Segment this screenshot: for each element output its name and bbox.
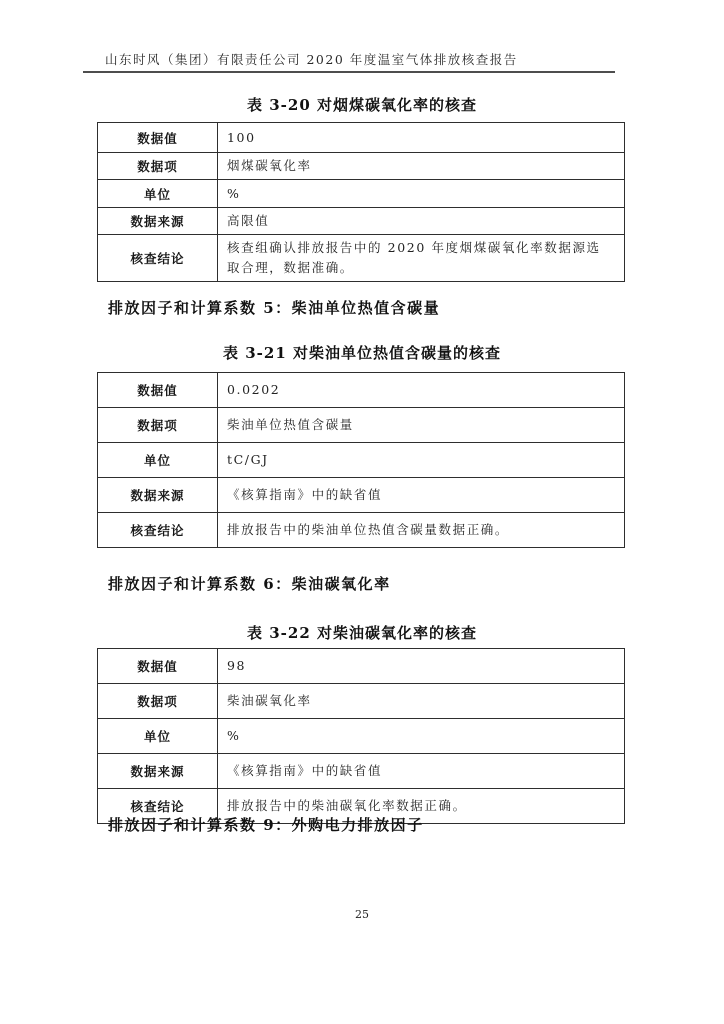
section-heading-factor-6: 排放因子和计算系数 6：柴油碳氧化率 — [108, 573, 391, 594]
table-row: 单位 % — [98, 180, 625, 208]
table-row: 数据值 98 — [98, 649, 625, 684]
table-row: 数据来源 高限值 — [98, 208, 625, 235]
row-label: 核查结论 — [98, 513, 218, 548]
document-header-title: 山东时风（集团）有限责任公司 2020 年度温室气体排放核查报告 — [105, 50, 518, 68]
document-page: 山东时风（集团）有限责任公司 2020 年度温室气体排放核查报告 表 3-20 … — [0, 0, 724, 1024]
row-label: 单位 — [98, 719, 218, 754]
table-row: 单位 tC/GJ — [98, 443, 625, 478]
row-value: 排放报告中的柴油单位热值含碳量数据正确。 — [218, 513, 625, 548]
row-value: 柴油碳氧化率 — [218, 684, 625, 719]
header-divider — [83, 71, 615, 73]
row-value: 100 — [218, 123, 625, 153]
verification-table-3-20: 数据值 100 数据项 烟煤碳氧化率 单位 % 数据来源 高限值 核查结论 核查… — [97, 122, 625, 282]
row-value: 烟煤碳氧化率 — [218, 153, 625, 180]
row-label: 单位 — [98, 180, 218, 208]
row-value: % — [218, 719, 625, 754]
row-label: 核查结论 — [98, 235, 218, 282]
table-row: 数据值 0.0202 — [98, 373, 625, 408]
row-value: % — [218, 180, 625, 208]
table-row: 数据项 柴油碳氧化率 — [98, 684, 625, 719]
row-label: 数据值 — [98, 123, 218, 153]
row-label: 单位 — [98, 443, 218, 478]
row-value: 柴油单位热值含碳量 — [218, 408, 625, 443]
row-label: 数据值 — [98, 649, 218, 684]
row-value: 《核算指南》中的缺省值 — [218, 478, 625, 513]
table-row: 数据项 柴油单位热值含碳量 — [98, 408, 625, 443]
row-label: 数据项 — [98, 684, 218, 719]
row-label: 数据值 — [98, 373, 218, 408]
table-row: 单位 % — [98, 719, 625, 754]
row-label: 数据来源 — [98, 208, 218, 235]
verification-table-3-22: 数据值 98 数据项 柴油碳氧化率 单位 % 数据来源 《核算指南》中的缺省值 … — [97, 648, 625, 824]
section-heading-factor-9: 排放因子和计算系数 9：外购电力排放因子 — [108, 814, 424, 835]
page-number: 25 — [0, 908, 724, 921]
table-3-21-title: 表 3-21 对柴油单位热值含碳量的核查 — [0, 342, 724, 363]
table-row: 核查结论 排放报告中的柴油单位热值含碳量数据正确。 — [98, 513, 625, 548]
row-label: 数据项 — [98, 153, 218, 180]
table-row: 数据项 烟煤碳氧化率 — [98, 153, 625, 180]
table-row: 数据值 100 — [98, 123, 625, 153]
table-row: 数据来源 《核算指南》中的缺省值 — [98, 754, 625, 789]
verification-table-3-21: 数据值 0.0202 数据项 柴油单位热值含碳量 单位 tC/GJ 数据来源 《… — [97, 372, 625, 548]
table-3-22-title: 表 3-22 对柴油碳氧化率的核查 — [0, 622, 724, 643]
row-label: 数据来源 — [98, 754, 218, 789]
row-value: tC/GJ — [218, 443, 625, 478]
row-value: 高限值 — [218, 208, 625, 235]
table-row: 核查结论 核查组确认排放报告中的 2020 年度烟煤碳氧化率数据源选取合理，数据… — [98, 235, 625, 282]
row-value: 《核算指南》中的缺省值 — [218, 754, 625, 789]
table-row: 数据来源 《核算指南》中的缺省值 — [98, 478, 625, 513]
row-value: 核查组确认排放报告中的 2020 年度烟煤碳氧化率数据源选取合理，数据准确。 — [218, 235, 625, 282]
row-value: 0.0202 — [218, 373, 625, 408]
row-value: 98 — [218, 649, 625, 684]
row-label: 数据来源 — [98, 478, 218, 513]
row-label: 数据项 — [98, 408, 218, 443]
section-heading-factor-5: 排放因子和计算系数 5：柴油单位热值含碳量 — [108, 297, 440, 318]
table-3-20-title: 表 3-20 对烟煤碳氧化率的核查 — [0, 94, 724, 115]
